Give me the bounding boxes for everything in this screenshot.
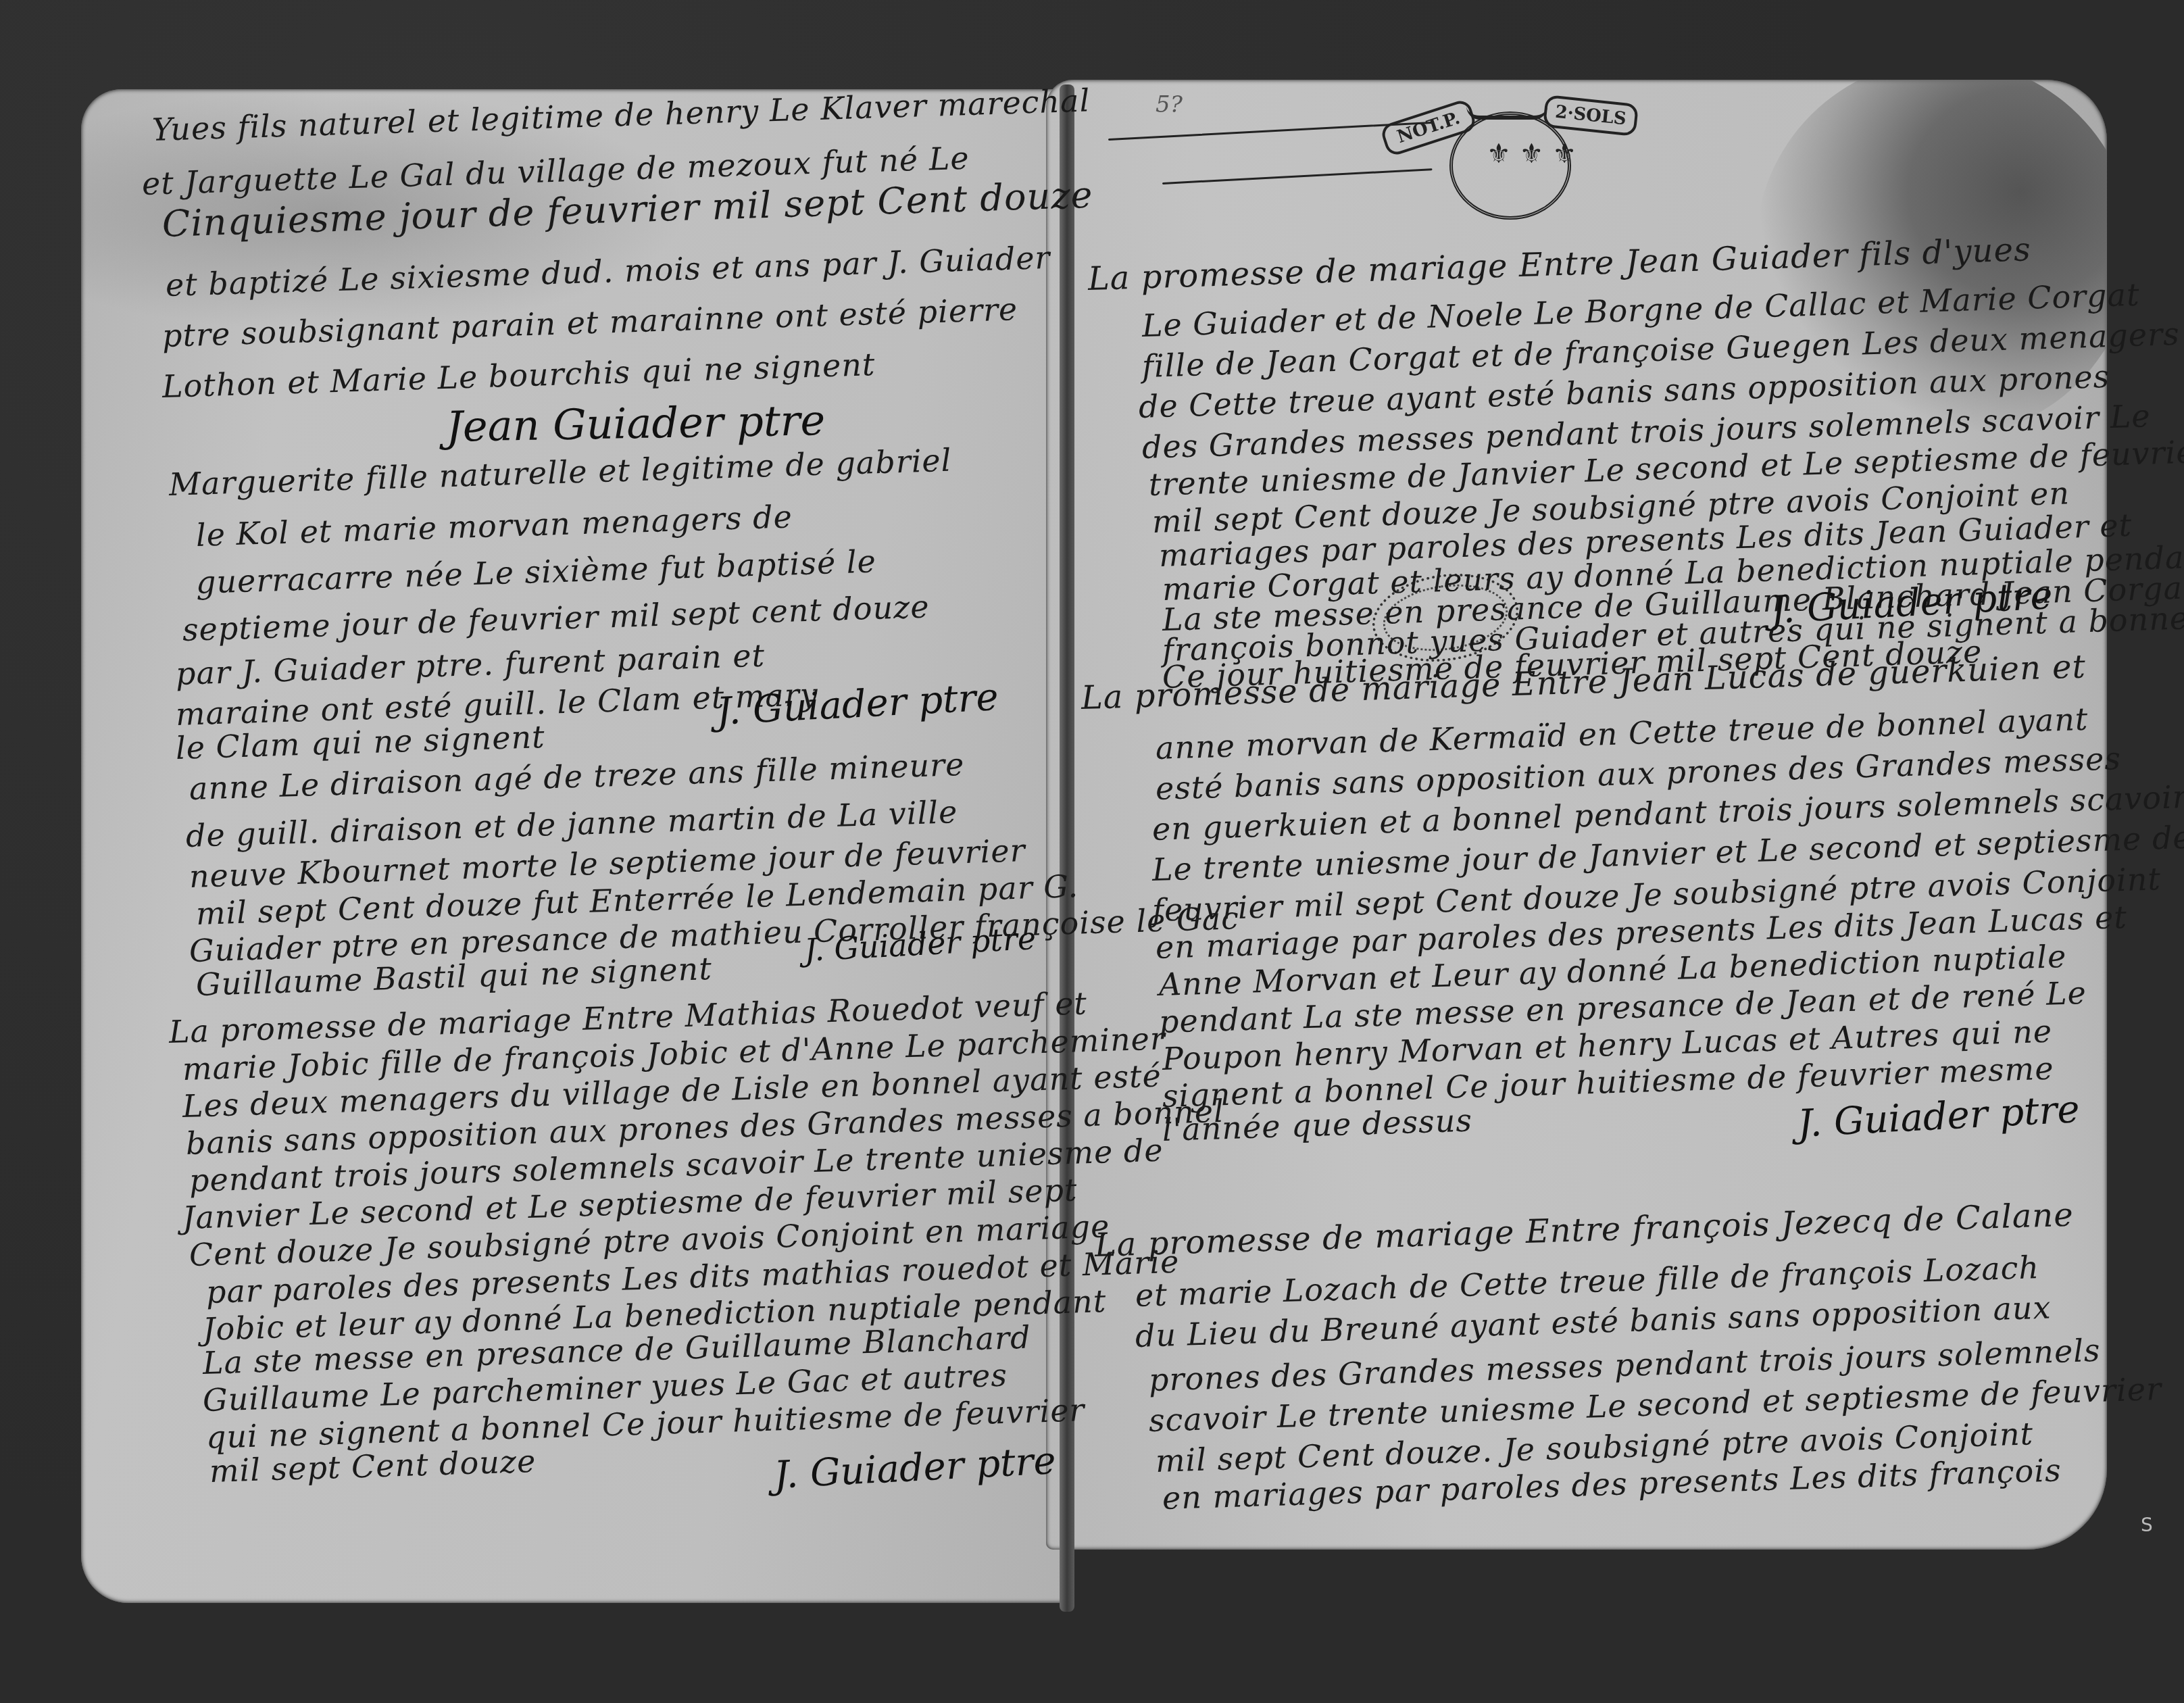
royal-tax-stamp: NOT.P. 2·SOLS ⚜ ⚜ ⚜	[1385, 84, 1629, 226]
binding-gutter	[1060, 84, 1074, 1612]
scan-corner-mark: S	[2141, 1514, 2153, 1536]
stamp-banner-right: 2·SOLS	[1543, 95, 1639, 137]
fleur-de-lis-icon: ⚜ ⚜ ⚜	[1487, 139, 1577, 170]
signature: Jean Guiader ptre	[445, 395, 825, 451]
page-number: 5?	[1156, 91, 1183, 118]
